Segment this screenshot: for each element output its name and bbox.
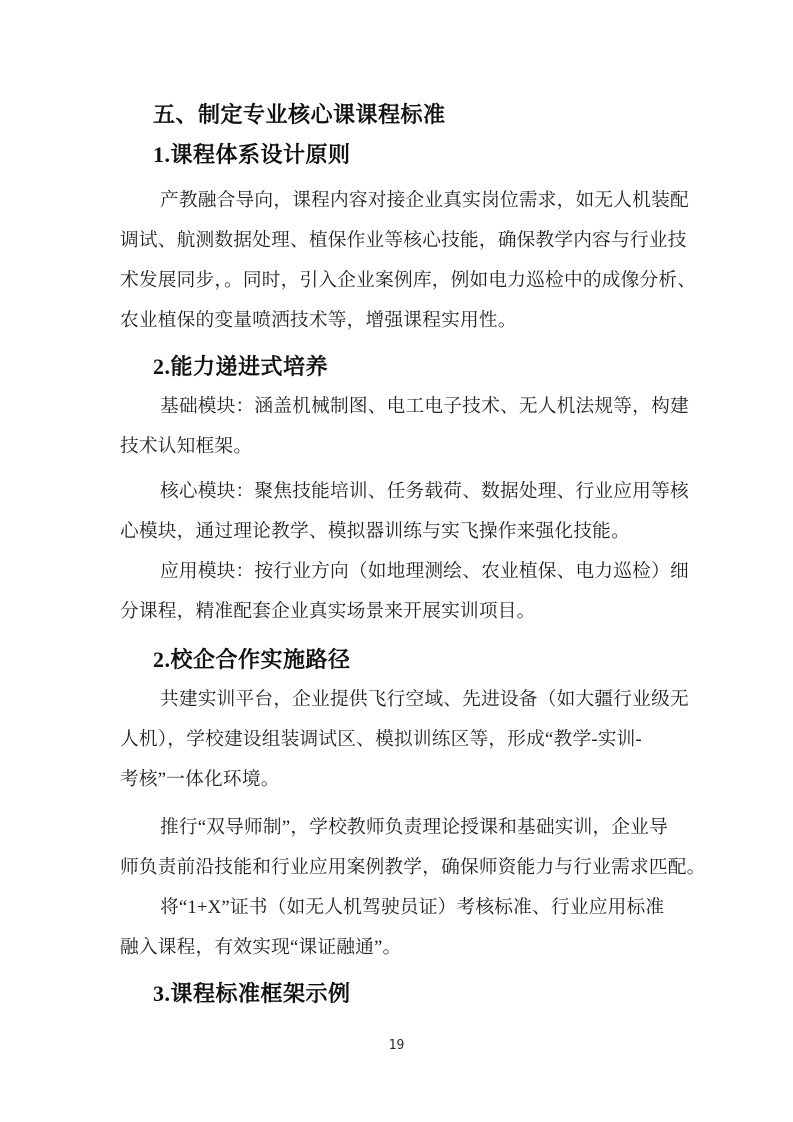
paragraph-line: 分课程，精准配套企业真实场景来开展实训项目。	[120, 592, 678, 632]
paragraph-line: 术发展同步，。同时，引入企业案例库，例如电力巡检中的成像分析、	[120, 261, 678, 301]
paragraph-line: 考核”一体化环境。	[120, 760, 678, 800]
paragraph-line: 应用模块：按行业方向（如地理测绘、农业植保、电力巡检）细	[120, 552, 678, 592]
paragraph-line: 师负责前沿技能和行业应用案例教学，确保师资能力与行业需求匹配。	[120, 848, 678, 888]
document-content: 五、制定专业核心课课程标准 1.课程体系设计原则 产教融合导向，课程内容对接企业…	[120, 95, 678, 1014]
paragraph-line: 农业植保的变量喷洒技术等，增强课程实用性。	[120, 301, 678, 341]
paragraph-line: 融入课程，有效实现“课证融通”。	[120, 928, 678, 968]
chapter-heading: 五、制定专业核心课课程标准	[120, 95, 678, 135]
paragraph-line: 共建实训平台，企业提供飞行空域、先进设备（如大疆行业级无	[120, 680, 678, 720]
paragraph-line: 基础模块：涵盖机械制图、电工电子技术、无人机法规等，构建	[120, 387, 678, 427]
paragraph-line: 将“1+X”证书（如无人机驾驶员证）考核标准、行业应用标准	[120, 888, 678, 928]
section-heading-framework-example: 3.课程标准框架示例	[120, 974, 678, 1014]
paragraph-line: 核心模块：聚焦技能培训、任务载荷、数据处理、行业应用等核	[120, 472, 678, 512]
paragraph-line: 产教融合导向，课程内容对接企业真实岗位需求，如无人机装配	[120, 181, 678, 221]
section-heading-course-design: 1.课程体系设计原则	[120, 135, 678, 175]
paragraph-line: 技术认知框架。	[120, 427, 678, 467]
section-heading-ability-training: 2.能力递进式培养	[120, 347, 678, 387]
page-number: 19	[0, 1036, 793, 1056]
section-heading-school-enterprise: 2.校企合作实施路径	[120, 640, 678, 680]
paragraph-line: 心模块，通过理论教学、模拟器训练与实飞操作来强化技能。	[120, 512, 678, 552]
paragraph-line: 调试、航测数据处理、植保作业等核心技能，确保教学内容与行业技	[120, 221, 678, 261]
document-page: 五、制定专业核心课课程标准 1.课程体系设计原则 产教融合导向，课程内容对接企业…	[0, 0, 793, 1122]
paragraph-line: 推行“双导师制”，学校教师负责理论授课和基础实训，企业导	[120, 808, 678, 848]
paragraph-line: 人机），学校建设组装调试区、模拟训练区等，形成“教学-实训-	[120, 720, 678, 760]
